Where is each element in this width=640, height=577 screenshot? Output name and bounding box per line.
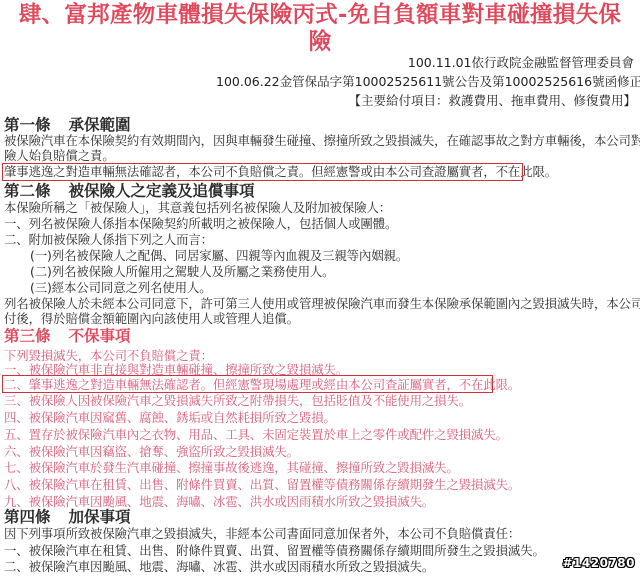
article-1-line: 被保險汽車在本保險契約有效期間內，因與車輛發生碰撞、擦撞所致之毀損滅失，在確認事… (4, 133, 640, 149)
regulation-reference-line: 100.06.22金管保品字第10002525611號公告及第100025256… (216, 73, 636, 90)
highlight-box-article-1 (2, 163, 523, 181)
article-2-line: 本保險所稱之「被保險人」，其意義包括列名被保險人及附加被保險人： (4, 200, 391, 216)
document-title-line2: 險 (0, 29, 640, 56)
highlight-box-article-3 (2, 375, 493, 393)
article-4-number: 第四條 (4, 508, 51, 526)
exclusion-item: 三、被保險人因被保險汽車之毀損滅失所致之附帶損失，包括貶值及不能使用之損失。 (4, 393, 471, 409)
article-2-subline: (一)列名被保險人之配偶、同居家屬、四親等內血親及三親等內姻親。 (30, 248, 408, 264)
article-1-heading: 第一條承保範圍 (4, 116, 131, 134)
article-4-line: 因下列事項所致被保險汽車之毀損滅失，非經本公司書面同意加保者外，本公司不負賠償責… (4, 526, 520, 542)
article-1-number: 第一條 (4, 116, 51, 134)
article-3-number: 第三條 (4, 327, 51, 345)
article-2-title: 被保險人之定義及追償事項 (69, 182, 255, 200)
article-3-heading: 第三條不保事項 (4, 327, 131, 345)
document-title: 肆、富邦產物車體損失保險丙式-免自負額車對車碰撞損失保 險 (0, 2, 640, 56)
exclusion-item: 七、被保險汽車於發生汽車碰撞、擦撞事故後逃逸，其碰撞、擦撞所致之毀損滅失。 (4, 460, 459, 476)
insurance-clause-document: 肆、富邦產物車體損失保險丙式-免自負額車對車碰撞損失保 險 100.11.01依… (0, 0, 640, 577)
article-2-line: 二、附加被保險人係指下列之人而言： (4, 232, 213, 248)
main-benefits-line: 【主要給付項目：救護費用、拖車費用、修復費用】 (216, 92, 636, 109)
article-3-title: 不保事項 (69, 327, 131, 345)
article-2-line: 列名被保險人於未經本公司同意下，許可第三人使用或管理被保險汽車而發生本保險承保範… (4, 296, 640, 312)
exclusion-item: 八、被保險汽車在租賃、出售、附條件買賣、出質、留置權等債務關係存續期發生之毀損滅… (4, 477, 520, 493)
article-2-line: 付後，得於賠償金額範圍內向該使用人或管理人追償。 (4, 311, 299, 327)
article-2-subline: (二)列名被保險人所僱用之駕駛人及所屬之業務使用人。 (30, 264, 334, 280)
exclusion-item: 六、被保險汽車因竊盜、搶奪、強盜所致之毀損滅失。 (4, 444, 299, 460)
article-2-subline: (三)經本公司同意之列名使用人。 (30, 280, 212, 296)
article-2-number: 第二條 (4, 182, 51, 200)
exclusion-item: 四、被保險汽車因窳舊、腐蝕、銹垢或自然耗損所致之毀損。 (4, 410, 336, 426)
exclusion-item: 五、置存於被保險汽車內之衣物、用品、工具、未固定裝置於車上之零件或配件之毀損滅失… (4, 427, 508, 443)
image-id-watermark: #1420780 (562, 556, 635, 570)
article-2-line: 一、列名被保險人係指本保險契約所載明之被保險人，包括個人或團體。 (4, 216, 397, 232)
article-4-heading: 第四條加保事項 (4, 508, 131, 526)
article-4-title: 加保事項 (69, 508, 131, 526)
article-2-heading: 第二條被保險人之定義及追償事項 (4, 182, 255, 200)
article-1-title: 承保範圍 (69, 116, 131, 134)
article-4-line: 一、被保險汽車在租賃、出售、附條件買賣、出質、留置權等債務關係存續期間所發生之毀… (4, 543, 545, 559)
article-4-line: 二、被保險汽車因颱風、地震、海嘯、冰雹、洪水或因雨積水所致之毀損滅失。 (4, 559, 434, 575)
document-title-line1: 肆、富邦產物車體損失保險丙式-免自負額車對車碰撞損失保 (0, 2, 640, 29)
regulation-date-line: 100.11.01依行政院金融監督管理委員會 (214, 54, 634, 71)
article-1-line: 險人始負賠償之責。 (4, 148, 115, 164)
